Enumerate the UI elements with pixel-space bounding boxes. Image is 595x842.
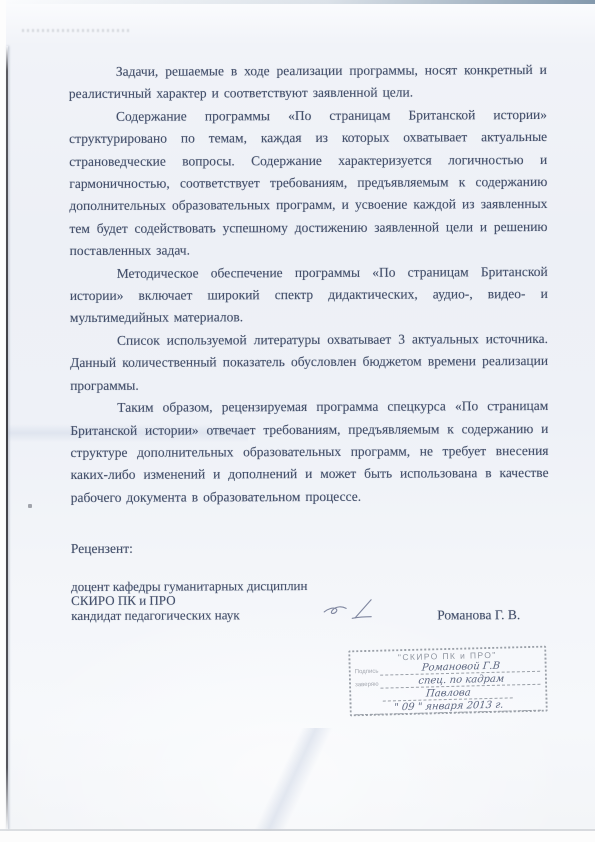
stamp-label-podpis: Подпись xyxy=(355,669,381,677)
body-paragraph: Методическое обеспечение программы «По с… xyxy=(70,261,548,330)
scanner-top-edge xyxy=(0,0,595,4)
signature-row: кандидат педагогических наук Романова Г.… xyxy=(71,607,549,624)
certification-stamp: "СКИРО ПК и ПРО" Подпись Романовой Г.В з… xyxy=(348,646,548,717)
document-body: Задачи, решаемые в ходе реализации прогр… xyxy=(69,59,549,623)
reviewer-name: Романова Г. В. xyxy=(437,604,520,627)
scan-smudge-artifact xyxy=(22,29,130,32)
stamp-label-zaveryayu: заверяю xyxy=(355,682,381,690)
body-paragraph: Список используемой литературы охватывае… xyxy=(70,328,548,397)
reviewer-section: Рецензент: доцент кафедры гуманитарных д… xyxy=(71,536,549,623)
body-paragraph: Таким образом, рецензируемая программа с… xyxy=(70,395,548,509)
reviewer-label: Рецензент: xyxy=(71,536,549,560)
body-paragraph: Задачи, решаемые в ходе реализации прогр… xyxy=(69,59,547,106)
scanner-bottom-margin xyxy=(0,831,595,842)
signature-scribble xyxy=(321,596,393,622)
scan-speck-artifact xyxy=(28,504,32,508)
scanned-review-document: { "document": { "paragraphs": [ "Задачи,… xyxy=(0,0,595,842)
body-paragraph: Содержание программы «По страницам Брита… xyxy=(69,104,548,263)
paper-crease-diagonal xyxy=(195,728,385,840)
